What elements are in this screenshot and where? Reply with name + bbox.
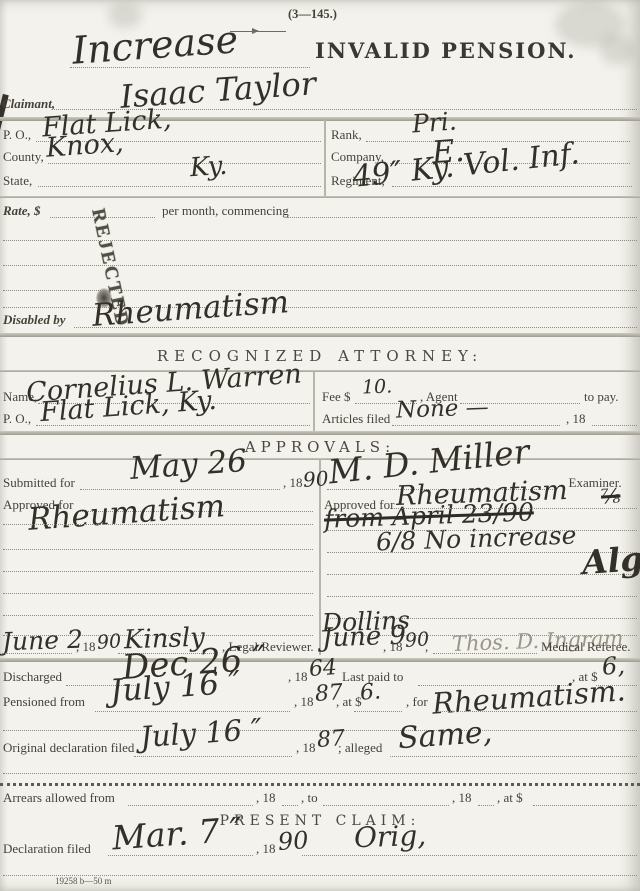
section-rule	[0, 333, 640, 337]
medical-review-year-label: , 18	[383, 640, 403, 653]
dotted-line	[3, 772, 637, 774]
attorney-po-handwriting: Flat Lick, Ky.	[39, 389, 217, 426]
discharged-label: Discharged	[3, 670, 62, 683]
submitted-for-label: Submitted for	[3, 476, 75, 489]
discharged-year-label: , 18	[288, 670, 308, 683]
declaration-filed-label: Declaration filed	[3, 842, 91, 855]
rank-label: Rank,	[331, 128, 362, 141]
state-value-handwriting: Ky.	[189, 155, 228, 181]
arrears-year2-label: , 18	[452, 791, 472, 804]
dotted-line	[302, 854, 637, 856]
declaration-year-label: , 18	[256, 842, 276, 855]
legal-review-year-handwriting: 90	[96, 633, 121, 652]
original-year-label: , 18	[296, 741, 316, 754]
dotted-line	[3, 548, 313, 550]
dotted-line	[392, 185, 632, 187]
dotted-line	[3, 289, 637, 291]
dotted-line	[3, 570, 313, 572]
to-pay-label: to pay.	[584, 390, 619, 403]
rate-suffix-label: per month, commencing	[162, 204, 289, 217]
pensioned-at-label: , at $	[336, 695, 362, 708]
scan-smudge	[600, 35, 634, 65]
dotted-line	[390, 507, 637, 509]
approved-right-fraction-handwriting: ⅞	[600, 486, 621, 505]
po-label: P. O.,	[3, 128, 31, 141]
submitted-year-handwriting: 90	[302, 469, 329, 489]
articles-year-label: , 18	[566, 412, 586, 425]
county-label: County,	[3, 150, 44, 163]
declaration-year-handwriting: 90	[277, 830, 309, 854]
dotted-line	[392, 424, 560, 426]
articles-filed-handwriting: None —	[396, 397, 489, 421]
dotted-line	[366, 140, 630, 142]
fee-value-handwriting: 10.	[362, 378, 393, 396]
disabled-by-value-handwriting: Rheumatism	[91, 289, 290, 331]
dotted-line	[287, 216, 637, 218]
print-code: 19258 b—50 m	[55, 877, 112, 886]
dotted-line	[3, 523, 313, 525]
section-rule	[0, 431, 640, 435]
arrears-year1-label: , 18	[256, 791, 276, 804]
comma-label: ,	[425, 640, 428, 653]
declaration-date-handwriting: Mar. 7 ″	[111, 814, 243, 853]
regiment-value-handwriting: 49″ Ky. Vol. Inf.	[351, 140, 580, 191]
alleged-label: ; alleged	[338, 741, 382, 754]
dotted-line	[437, 710, 637, 712]
header-rule-arrow	[252, 28, 259, 34]
original-declaration-label: Original declaration filed	[3, 741, 134, 754]
pensioned-for-label: , for	[406, 695, 428, 708]
dotted-line	[3, 264, 637, 266]
dotted-line	[38, 185, 321, 187]
attorney-po-label: P. O.,	[3, 412, 31, 425]
claimant-label: Claimant,	[2, 97, 55, 110]
section-rule	[0, 196, 640, 198]
dotted-line	[134, 755, 292, 757]
disabled-by-label: Disabled by	[3, 313, 65, 326]
legal-review-date-handwriting: June 2	[2, 629, 84, 654]
fee-label: Fee $	[322, 390, 351, 403]
dotted-line	[478, 804, 494, 806]
examiner-initials-handwriting: Alg	[581, 544, 640, 578]
form-number: (3—145.)	[288, 8, 337, 21]
dotted-line	[282, 804, 298, 806]
articles-filed-label: Articles filed	[322, 412, 390, 425]
arrears-at-label: , at $	[497, 791, 523, 804]
dotted-line	[327, 595, 637, 597]
dotted-line	[327, 529, 637, 531]
dotted-line	[390, 755, 637, 757]
legal-review-year-label: , 18	[76, 640, 96, 653]
declaration-note-handwriting: Orig,	[354, 823, 427, 851]
dotted-line	[533, 804, 637, 806]
pensioned-from-label: Pensioned from	[3, 695, 85, 708]
column-divider	[324, 118, 326, 196]
dotted-line	[36, 424, 310, 426]
county-value-handwriting: Knox,	[45, 131, 124, 161]
dotted-line	[3, 614, 313, 616]
dotted-line	[3, 239, 637, 241]
heavy-dotted-rule	[0, 781, 640, 786]
arrears-to-label: , to	[301, 791, 318, 804]
alleged-value-handwriting: Same,	[397, 719, 493, 753]
dotted-line	[48, 162, 321, 164]
rank-value-handwriting: Pri.	[411, 110, 457, 136]
rate-label: Rate, $	[3, 204, 41, 217]
original-date-handwriting: July 16 ″	[139, 716, 263, 751]
dotted-line	[354, 710, 402, 712]
dotted-line	[592, 424, 637, 426]
dotted-line	[2, 652, 72, 654]
discharged-year-handwriting: 64	[308, 658, 337, 680]
pension-form-page: (3—145.) Increase INVALID PENSION. Claim…	[0, 0, 640, 891]
pensioned-year-label: , 18	[294, 695, 314, 708]
dotted-line	[80, 488, 280, 490]
dotted-line	[95, 710, 290, 712]
dotted-line	[74, 326, 637, 328]
submitted-date-handwriting: May 26	[129, 448, 248, 484]
submitted-year-label: , 18	[283, 476, 303, 489]
dotted-line	[108, 854, 253, 856]
form-title: INVALID PENSION.	[315, 40, 577, 61]
dotted-line	[323, 804, 449, 806]
pensioned-amount-handwriting: 6.	[359, 682, 381, 703]
dotted-line	[128, 804, 253, 806]
arrears-label: Arrears allowed from	[3, 791, 115, 804]
pensioned-date-handwriting: July 16 ″	[109, 669, 241, 706]
dotted-line	[3, 592, 313, 594]
column-divider	[313, 371, 315, 431]
attorney-section-heading: RECOGNIZED ATTORNEY:	[157, 349, 483, 364]
approved-left-value-handwriting: Rheumatism	[27, 493, 226, 535]
claim-class-handwriting: Increase	[71, 22, 239, 68]
state-label: State,	[3, 174, 32, 187]
